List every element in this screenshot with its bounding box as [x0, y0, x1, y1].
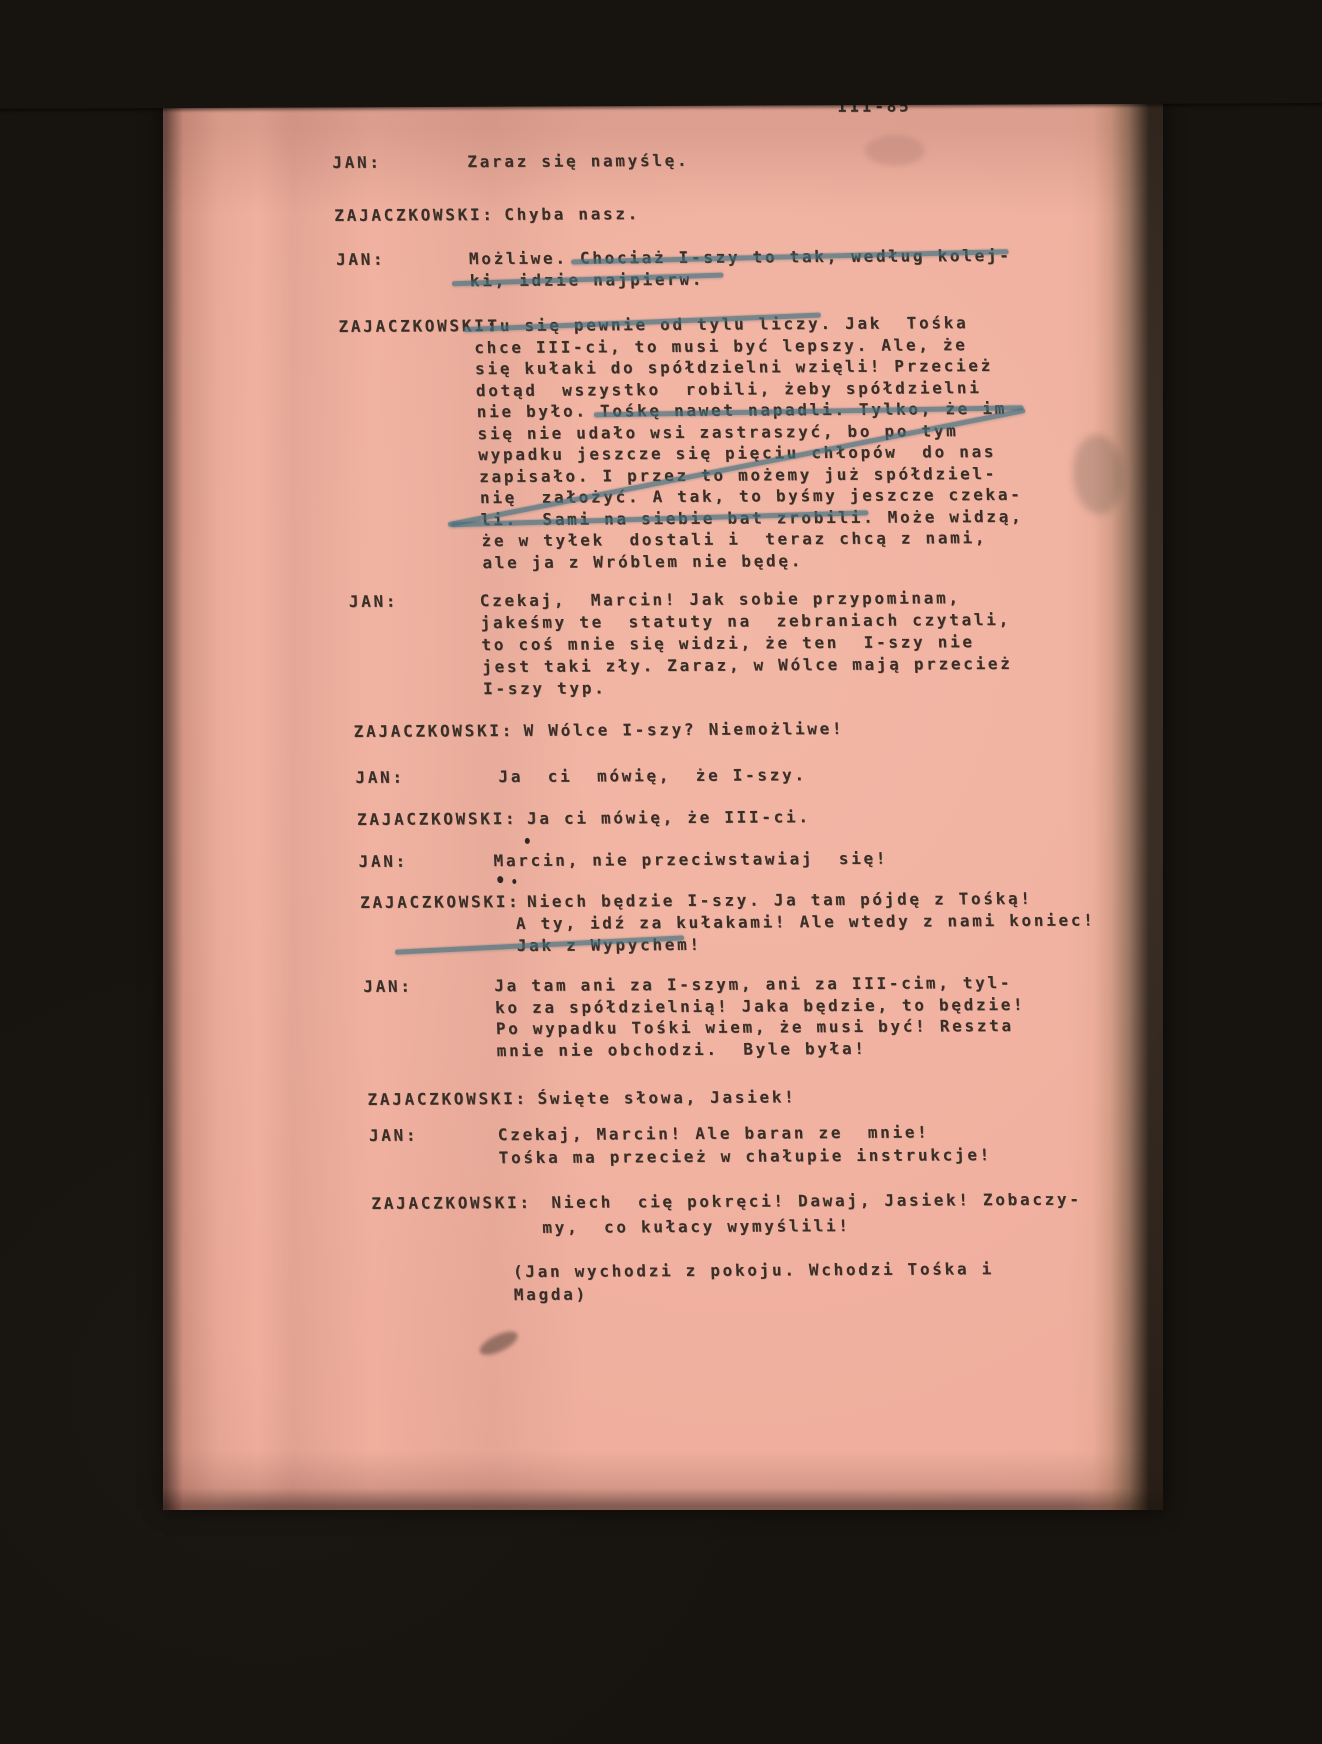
dialogue-row: JAN: Zaraz się namyślę. — [165, 147, 1165, 153]
dialogue-text: Czekaj, Marcin! Ale baran ze mnie! Tośka… — [497, 1120, 992, 1169]
speaker-label: ZAJACZKOWSKI: — [360, 891, 521, 914]
dialogue-text: W Wólce I-szy? Niemożliwe! — [523, 718, 844, 741]
speaker-label: JAN: — [355, 767, 405, 789]
dialogue-row: ZAJACZKOWSKI: Święte słowa, Jasiek! — [200, 1084, 1200, 1090]
dialogue-row: ZAJACZKOWSKI: Niech cię pokręci! Dawaj, … — [204, 1186, 1204, 1192]
speaker-label: JAN: — [363, 976, 413, 998]
smudge-stain — [476, 1327, 521, 1359]
ink-speck — [525, 838, 530, 844]
dialogue-row: JAN: Ja tam ani za I-szym, ani za III-ci… — [196, 971, 1196, 977]
dialogue-row: JAN: Możliwe. Chociaż I-szy to tak, wedł… — [169, 244, 1169, 250]
stage-direction: (Jan wychodzi z pokoju. Wchodzi Tośka i … — [513, 1257, 996, 1306]
dialogue-text: Ja ci mówię, że III-ci. — [527, 806, 811, 829]
dialogue-row: ZAJACZKOWSKI: Ja ci mówię, że III-ci. — [190, 804, 1190, 810]
dialogue-text: Niech będzie I-szy. Ja tam pójdę z Tośką… — [515, 887, 1097, 957]
pink-paper-sheet: III-85 JAN: Zaraz się namyślę. ZAJACZKOW… — [163, 100, 1163, 1510]
ink-speck — [512, 879, 516, 884]
dialogue-row: JAN: Marcin, nie przeciwstawiaj się! — [191, 846, 1191, 852]
speaker-label: ZAJACZKOWSKI: — [357, 808, 518, 830]
dialogue-text: Święte słowa, Jasiek! — [537, 1086, 797, 1109]
typewritten-content: III-85 JAN: Zaraz się namyślę. ZAJACZKOW… — [163, 94, 1216, 1510]
smudge-stain — [1072, 434, 1125, 514]
scanned-typescript-page: { "page_number": "III-85", "colors": { "… — [0, 0, 1322, 1744]
dialogue-row: JAN: Czekaj, Marcin! Ale baran ze mnie! … — [201, 1119, 1201, 1125]
dialogue-text: Ja tam ani za I-szym, ani za III-cim, ty… — [494, 972, 1027, 1061]
speaker-label: ZAJACZKOWSKI: — [334, 204, 495, 226]
dialogue-row: JAN: Ja ci mówię, że I-szy. — [188, 762, 1188, 768]
ink-speck — [497, 876, 503, 883]
speaker-label: ZAJACZKOWSKI: — [353, 720, 514, 742]
dialogue-text: Zaraz się namyślę. — [467, 150, 690, 173]
dialogue-row: JAN: Czekaj, Marcin! Jak sobie przypomin… — [181, 586, 1181, 592]
dialogue-row: ZAJACZKOWSKI: Niech będzie I-szy. Ja tam… — [193, 887, 1193, 893]
speaker-label: JAN: — [332, 152, 382, 174]
dialogue-text: Ja ci mówię, że I-szy. — [498, 764, 807, 787]
speaker-label: JAN: — [368, 1124, 418, 1147]
dialogue-row: ZAJACZKOWSKI: Chyba nasz. — [167, 200, 1167, 206]
speaker-label: JAN: — [348, 591, 398, 613]
speaker-label: ZAJACZKOWSKI: — [371, 1190, 532, 1216]
dialogue-text: Niech cię pokręci! Dawaj, Jasiek! Zobacz… — [541, 1187, 1083, 1240]
speaker-label: ZAJACZKOWSKI: — [367, 1088, 528, 1110]
dialogue-text: Tu się pewnie od tylu liczy. Jak Tośka c… — [473, 312, 1025, 573]
dialogue-row: ZAJACZKOWSKI: Tu się pewnie od tylu licz… — [171, 311, 1171, 317]
dialogue-text: Czekaj, Marcin! Jak sobie przypominam, j… — [479, 587, 1013, 700]
speaker-label: JAN: — [336, 249, 386, 271]
dialogue-text: Chyba nasz. — [504, 203, 640, 225]
dialogue-text: Marcin, nie przeciwstawiaj się! — [493, 848, 888, 872]
smudge-stain — [864, 135, 925, 165]
scan-top-black-edge — [0, 0, 1322, 109]
dialogue-row: ZAJACZKOWSKI: W Wólce I-szy? Niemożliwe! — [186, 716, 1186, 722]
speaker-label: JAN: — [358, 851, 408, 873]
